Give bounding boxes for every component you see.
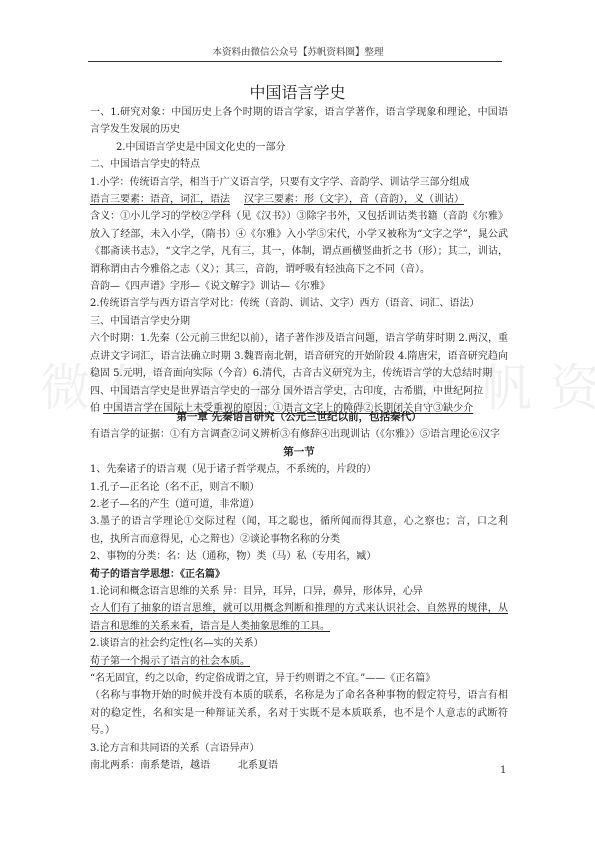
chinese-three-elements: 汉字三要素：形（文字），音（音韵），义（训诂） [244,194,464,205]
paragraph-xiaoxue: 1.小学：传统语言学，相当于广义语言学，只要有文字学、音韵学、训诂学三部分组成 [90,174,508,191]
paragraph-word-concept: 1.论词和概念语言思维的关系 异：目异，耳异，口异，鼻异，形体异，心异 [90,583,508,600]
paragraph-meaning: 含义：①小儿学习的学校②学科（见《汉书》）③除字书外，又包括训诂类书籍（音韵《尔… [90,208,508,278]
paragraph-north-south: 南北两系：南系楚语，越语北系夏语 [90,757,508,774]
heading-periods: 三、中国语言学史分期 [90,313,508,330]
paragraph-classification: 2、事物的分类：名：达（通称，物）类（马）私（专用名，臧） [90,548,508,565]
quote-zhengming: “名无固宜，约之以命，约定俗成谓之宜，异于约则谓之不宜。”——《正名篇》 [90,670,508,687]
paragraph-confucius: 1.孔子—正名论（名不正，则言不顺） [90,479,508,496]
language-three-elements: 语言三要素：语音，词汇，语法 [90,194,230,205]
paragraph-social-nature: 荀子第一个揭示了语言的社会本质。 [90,656,250,667]
document-title: 中国语言学史 [0,80,595,103]
paragraph-works: 音韵—《四声谱》字形—《说文解字》训诂—《尔雅》 [90,278,508,295]
paragraph-mozi: 3.墨子的语言学理论①交际过程（闻，耳之聪也，循所闻而得其意，心之察也；言，口之… [90,513,508,548]
paragraph-evidence: 有语言学的证据：①有方言调查②词义辨析③有修辞④出现训诂（《尔雅》）⑤语言理论⑥… [90,426,508,443]
south-dialects: 南北两系：南系楚语，越语 [90,760,210,771]
heading-xunzi: 荀子的语言学思想：《正名篇》 [90,566,508,583]
heading-features: 二、中国语言学史的特点 [90,156,508,173]
paragraph-six-periods: 六个时期：1.先秦（公元前三世纪以前），诸子著作涉及语言问题，语言学萌芽时期 2… [90,330,508,382]
paragraph-research-object: 一、1.研究对象：中国历史上各个时期的语言学家，语言学著作，语言学现象和理论，中… [90,104,508,139]
paragraph-three-elements: 语言三要素：语音，词汇，语法汉字三要素：形（文字），音（音韵），义（训诂） [90,191,508,208]
paragraph-abstract-thinking: ☆人们有了抽象的语言思维，就可以用概念判断和推理的方式来认识社会、自然界的规律，… [90,600,508,635]
section-one-heading: 第一节 [90,444,508,461]
paragraph-laozi: 2.老子—名的产生（道可道，非常道） [90,496,508,513]
paragraph-comparison: 2.传统语言学与西方语言学对比：传统（音韵、训诂、文字）西方（语音、词汇、语法） [90,295,508,312]
chapter-one-heading: 第一章 先秦语言研究（公元三世纪以前，包括秦代） [90,409,508,426]
paragraph-culture-history: 2.中国语言学史是中国文化史的一部分 [90,139,508,156]
paragraph-explanation: （名称与事物开始的时候并没有本质的联系，名称是为了命名各种事物的假定符号，语言有… [90,687,508,739]
document-body: 一、1.研究对象：中国历史上各个时期的语言学家，语言学著作，语言学现象和理论，中… [90,104,508,774]
paragraph-social-convention: 2.谈语言的社会约定性(名—实的关系） [90,635,508,652]
paragraph-pre-qin-view: 1、先秦诸子的语言观（见于诸子哲学观点，不系统的，片段的） [90,461,508,478]
paragraph-dialects: 3.论方言和共同语的关系（言语异声） [90,740,508,757]
page-header: 本资料由微信公众号【苏帆资料圈】整理 [88,44,508,58]
north-dialects: 北系夏语 [238,760,278,771]
overlapped-line: 伯 中国语言学在国际上未受重视的原因：①语言文字上的障碍②长期闭关自守③缺少介 … [90,400,508,417]
paragraph-world-history: 四、中国语言学史是世界语言学史的一部分 国外语言学史，古印度，古希腊，中世纪阿拉 [90,383,508,400]
header-divider [88,61,502,62]
page-number: 1 [500,765,506,776]
